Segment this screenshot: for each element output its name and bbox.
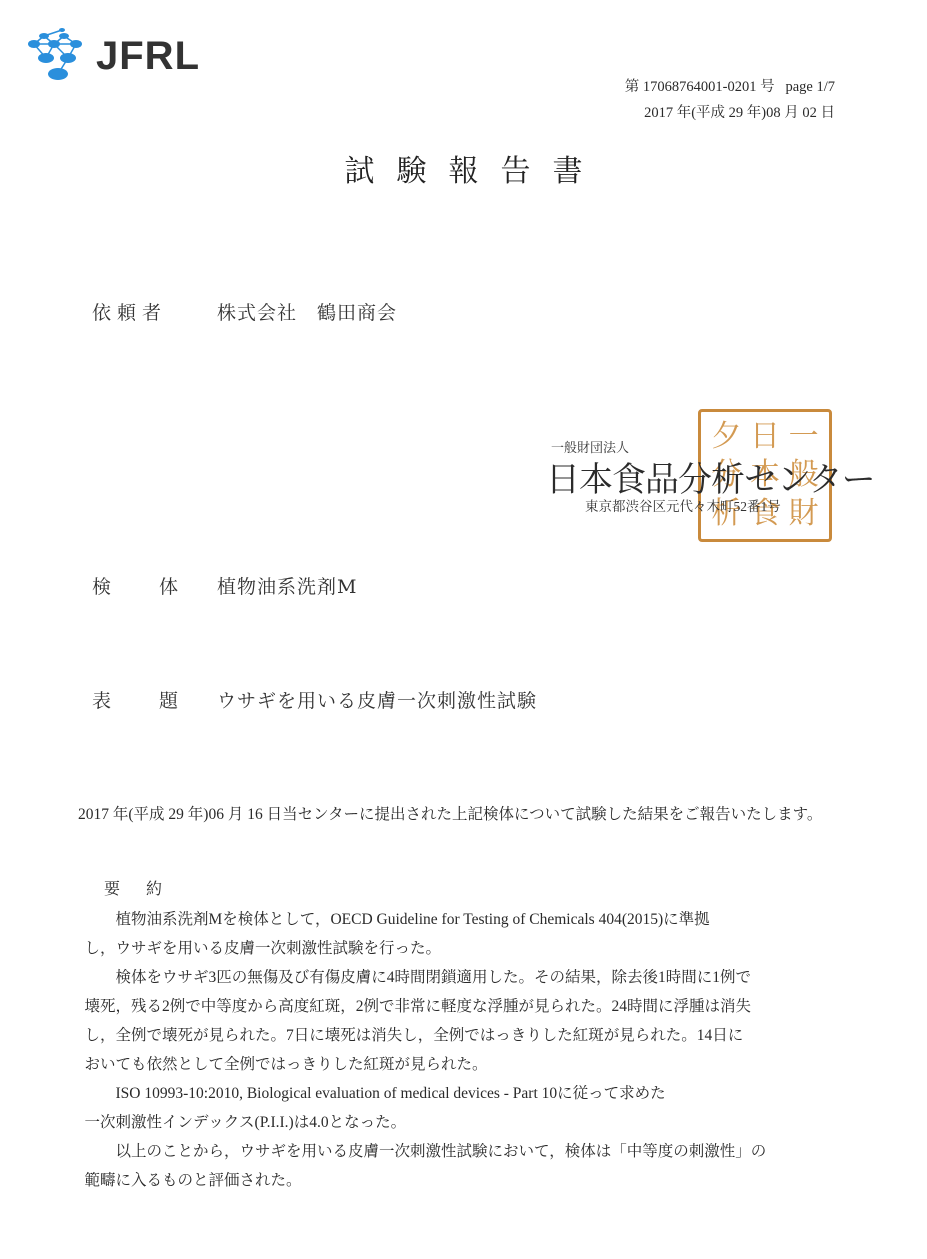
summary-line: ISO 10993-10:2010, Biological evaluation… xyxy=(100,1079,870,1108)
issuer-address: 東京都渋谷区元代々木町52番1号 xyxy=(585,495,781,515)
report-date: 2017 年(平成 29 年)08 月 02 日 xyxy=(644,101,835,122)
molecule-network-icon xyxy=(26,28,96,84)
seal-char: 日 xyxy=(746,418,785,456)
summary-paragraph: 以上のことから，ウサギを用いる皮膚一次刺激性試験において，検体は「中等度の刺激性… xyxy=(100,1137,870,1195)
summary-line: 植物油系洗剤Mを検体として，OECD Guideline for Testing… xyxy=(100,905,870,934)
logo-text: JFRL xyxy=(96,34,200,79)
summary-paragraph: ISO 10993-10:2010, Biological evaluation… xyxy=(100,1079,870,1137)
summary-line: 一次刺激性インデックス(P.I.I.)は4.0となった。 xyxy=(85,1108,871,1137)
report-number: 第 17068764001-0201 号 page 1/7 xyxy=(625,75,835,96)
client-label: 依頼者 xyxy=(92,298,167,325)
summary-line: 壊死，残る2例で中等度から高度紅斑，2例で非常に軽度な浮腫が見られた。24時間に… xyxy=(85,992,871,1021)
subject-value: ウサギを用いる皮膚一次刺激性試験 xyxy=(217,686,537,713)
summary-line: 検体をウサギ3匹の無傷及び有傷皮膚に4時間閉鎖適用した。その結果，除去後1時間に… xyxy=(100,963,870,992)
summary-line: し，全例で壊死が見られた。7日に壊死は消失し，全例ではっきりした紅斑が見られた。… xyxy=(85,1021,871,1050)
specimen-value: 植物油系洗剤M xyxy=(217,572,357,599)
summary-paragraph: 検体をウサギ3匹の無傷及び有傷皮膚に4時間閉鎖適用した。その結果，除去後1時間に… xyxy=(100,963,870,1079)
page-title: 試験報告書 xyxy=(0,146,927,190)
summary-line: おいても依然として全例ではっきりした紅斑が見られた。 xyxy=(85,1050,871,1079)
summary-body: 植物油系洗剤Mを検体として，OECD Guideline for Testing… xyxy=(100,905,870,1195)
summary-line: し，ウサギを用いる皮膚一次刺激性試験を行った。 xyxy=(85,934,871,963)
summary-line: 範疇に入るものと評価された。 xyxy=(85,1166,871,1195)
client-value: 株式会社 鶴田商会 xyxy=(217,298,397,325)
subject-label: 表題 xyxy=(92,686,226,713)
jfrl-logo: JFRL xyxy=(26,28,206,84)
specimen-label: 検体 xyxy=(92,572,226,599)
summary-heading: 要約 xyxy=(104,876,188,899)
summary-line: 以上のことから，ウサギを用いる皮膚一次刺激性試験において，検体は「中等度の刺激性… xyxy=(100,1137,870,1166)
summary-paragraph: 植物油系洗剤Mを検体として，OECD Guideline for Testing… xyxy=(100,905,870,963)
issuer-name: 日本食品分析センター xyxy=(546,452,875,501)
seal-char: 夕 xyxy=(707,418,746,456)
intro-statement: 2017 年(平成 29 年)06 月 16 日当センターに提出された上記検体に… xyxy=(78,802,822,824)
seal-char: 一 xyxy=(784,418,823,456)
